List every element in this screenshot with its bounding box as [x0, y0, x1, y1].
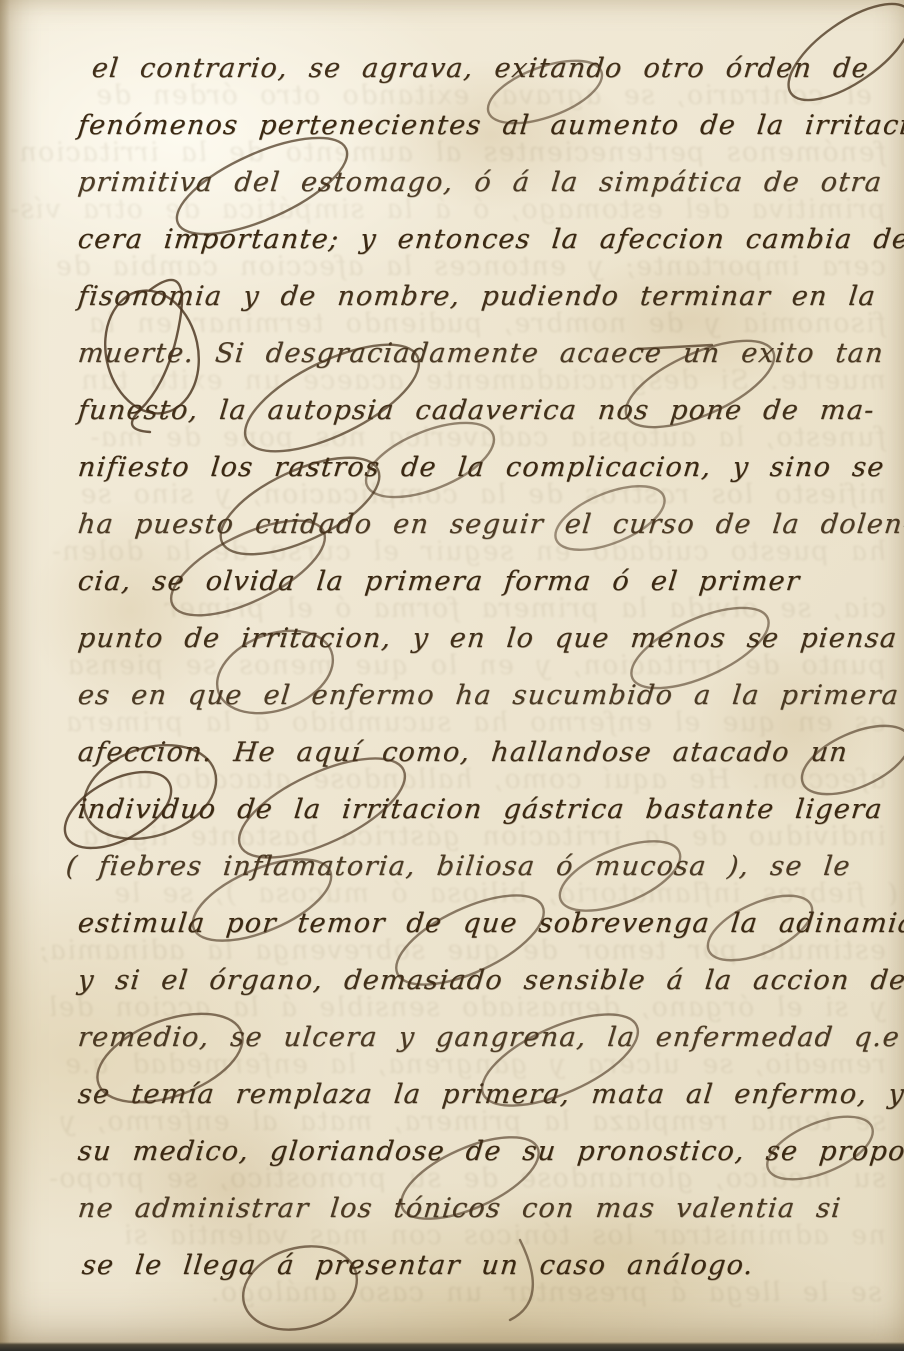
manuscript-line: primitiva del estomago, ó á la simpática… [75, 154, 889, 211]
manuscript-line: muerte. Si desgraciadamente acaece un ex… [75, 325, 889, 382]
manuscript-line: afeccion. He aquí como, hallandose ataca… [75, 724, 889, 781]
manuscript-line: individuo de la irritacion gástrica bast… [75, 781, 889, 838]
manuscript-line: se temía remplaza la primera, mata al en… [75, 1066, 889, 1123]
manuscript-line: estimula por temor de que sobrevenga la … [75, 895, 889, 952]
manuscript-line: punto de irritacion, y en lo que menos s… [75, 610, 889, 667]
manuscript-line: ne administrar los tónicos con mas valen… [75, 1180, 889, 1237]
page-bottom-edge [0, 1342, 904, 1351]
manuscript-line: cera importante; y entonces la afeccion … [75, 211, 889, 268]
manuscript-line: fenómenos pertenecientes al aumento de l… [75, 97, 889, 154]
manuscript-line: su medico, gloriandose de su pronostico,… [75, 1123, 889, 1180]
manuscript-line: es en que el enfermo ha sucumbido a la p… [75, 667, 889, 724]
manuscript-line: remedio, se ulcera y gangrena, la enferm… [75, 1009, 889, 1066]
manuscript-page: el contrario, se agrava, exitando otro ó… [0, 0, 904, 1351]
manuscript-line: cia, se olvida la primera forma ó el pri… [75, 553, 889, 610]
manuscript-line: fisonomia y de nombre, pudiendo terminar… [75, 268, 889, 325]
manuscript-line: nifiesto los rastros de la complicacion,… [75, 439, 889, 496]
manuscript-line: y si el órgano, demasiado sensible á la … [75, 952, 889, 1009]
manuscript-line: ( fiebres inflamatoria, biliosa ó mucosa… [63, 838, 889, 895]
manuscript-line: el contrario, se agrava, exitando otro ó… [75, 40, 889, 97]
manuscript-text-block: el contrario, se agrava, exitando otro ó… [78, 40, 886, 1294]
manuscript-line: ha puesto cuidado en seguir el curso de … [75, 496, 889, 553]
manuscript-line: funesto, la autopsia cadaverica nos pone… [75, 382, 889, 439]
manuscript-line: se le llega á presentar un caso análogo. [75, 1237, 889, 1294]
page-left-edge [0, 0, 10, 1351]
